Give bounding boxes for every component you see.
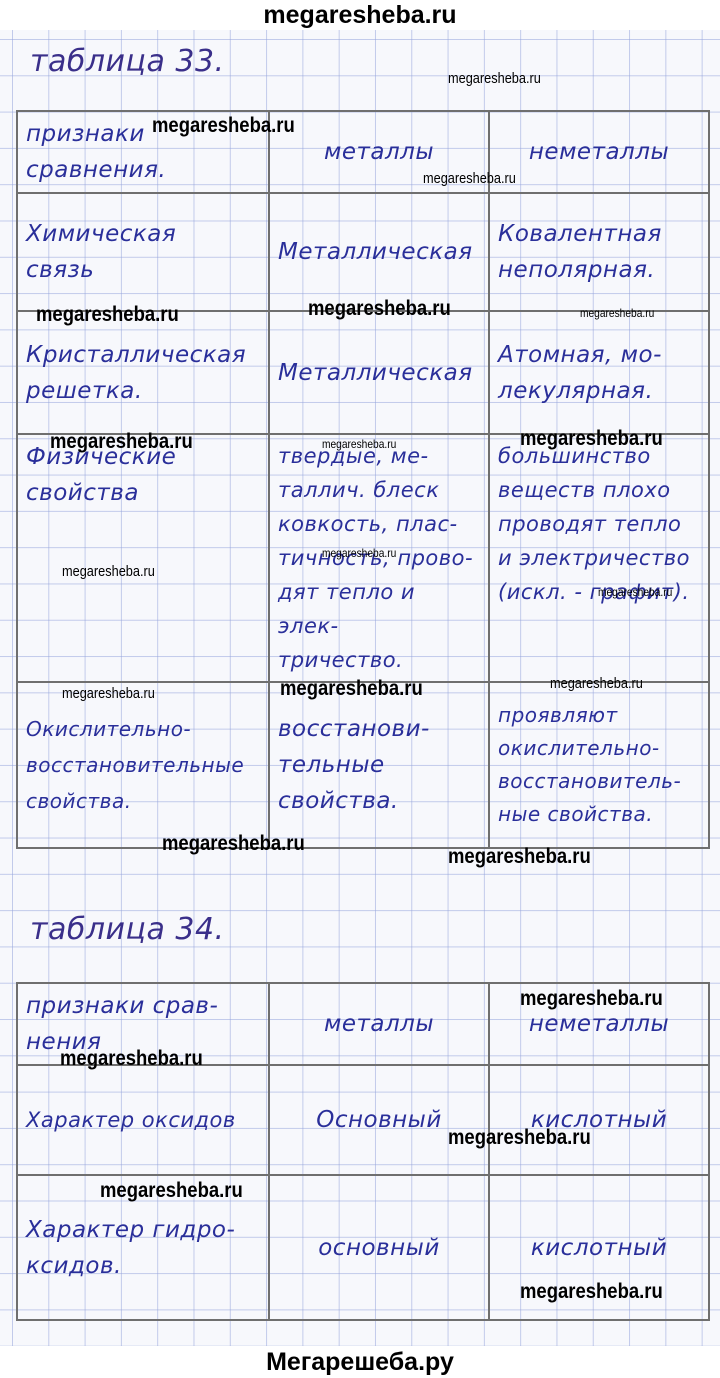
watermark: megaresheba.ru (36, 303, 179, 327)
watermark: megaresheba.ru (520, 1280, 663, 1304)
watermark: megaresheba.ru (100, 1179, 243, 1203)
watermark: megaresheba.ru (448, 845, 591, 869)
table-cell: проявляют окислительно- восстановитель- … (489, 682, 709, 848)
table-cell: Металлическая (269, 193, 489, 311)
table-cell: Характер оксидов (17, 1065, 269, 1175)
watermark: megaresheba.ru (448, 70, 541, 87)
watermark: megaresheba.ru (308, 297, 451, 321)
table-cell: кислотный (489, 1065, 709, 1175)
watermark: megaresheba.ru (280, 677, 423, 701)
watermark: megaresheba.ru (60, 1047, 203, 1071)
table-row: Окислительно- восстановительные свойства… (17, 682, 709, 848)
watermark: megaresheba.ru (520, 987, 663, 1011)
table-cell: Химическая связь (17, 193, 269, 311)
table-row: Кристаллическая решетка. Металлическая А… (17, 311, 709, 434)
watermark: megaresheba.ru (322, 437, 396, 451)
table-33-title: таблица 33. (30, 44, 225, 79)
watermark: megaresheba.ru (598, 585, 672, 599)
table-row: Химическая связь Металлическая Ковалентн… (17, 193, 709, 311)
watermark: megaresheba.ru (152, 114, 295, 138)
watermark: megaresheba.ru (322, 546, 396, 560)
table-cell: Ковалентная неполярная. (489, 193, 709, 311)
watermark: megaresheba.ru (448, 1126, 591, 1150)
table-33: признаки сравнения. металлы неметаллы Хи… (16, 110, 710, 849)
table-cell: Атомная, мо- лекулярная. (489, 311, 709, 434)
table-33-header-row: признаки сравнения. металлы неметаллы (17, 111, 709, 193)
table-cell: большинство веществ плохо проводят тепло… (489, 434, 709, 682)
table-cell: восстанови- тельные свойства. (269, 682, 489, 848)
table-cell: Кристаллическая решетка. (17, 311, 269, 434)
watermark: megaresheba.ru (62, 685, 155, 702)
header-cell-metals: металлы (269, 983, 489, 1065)
site-footer: Мегарешеба.ру (0, 1346, 720, 1378)
table-cell: Металлическая (269, 311, 489, 434)
header-cell-nonmetals: неметаллы (489, 111, 709, 193)
table-cell: Основный (269, 1065, 489, 1175)
table-cell: Физические свойства (17, 434, 269, 682)
watermark: megaresheba.ru (423, 170, 516, 187)
table-34-title: таблица 34. (30, 912, 225, 947)
site-header: megaresheba.ru (0, 0, 720, 30)
table-cell: основный (269, 1175, 489, 1320)
watermark: megaresheba.ru (580, 306, 654, 320)
watermark: megaresheba.ru (550, 675, 643, 692)
watermark: megaresheba.ru (62, 563, 155, 580)
table-row: Характер оксидов Основный кислотный (17, 1065, 709, 1175)
table-34: признаки срав- нения металлы неметаллы Х… (16, 982, 710, 1321)
watermark: megaresheba.ru (50, 430, 193, 454)
watermark: megaresheba.ru (162, 832, 305, 856)
table-cell: Окислительно- восстановительные свойства… (17, 682, 269, 848)
watermark: megaresheba.ru (520, 427, 663, 451)
